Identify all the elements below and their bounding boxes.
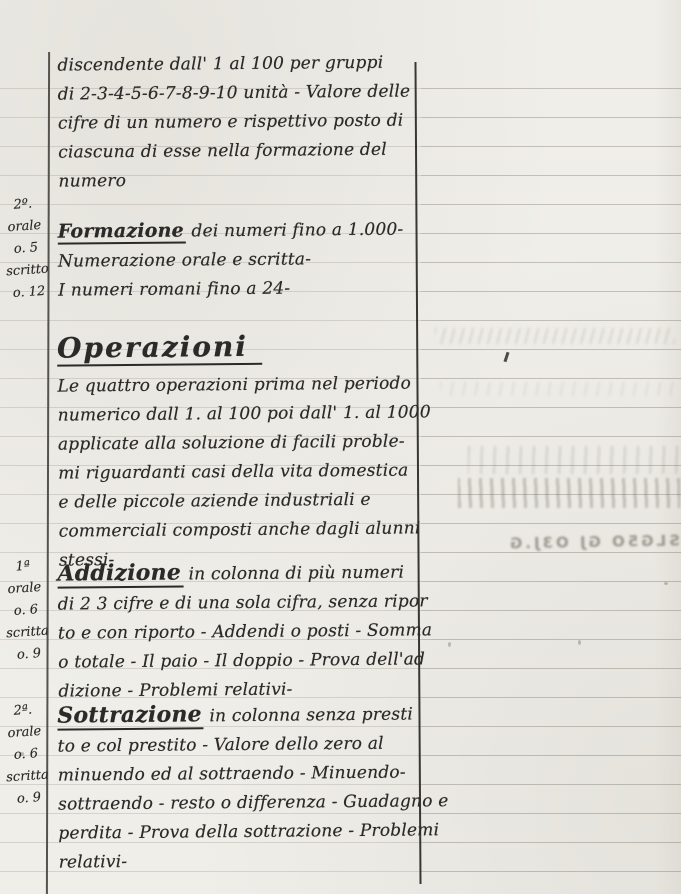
section-sottrazione: Sottrazione in colonna senza presti to e… — [57, 698, 419, 877]
ink-speck — [578, 640, 581, 645]
margin-note-line: scritta — [5, 620, 50, 645]
handwritten-line: discendente dall' 1 al 100 per gruppi — [57, 48, 417, 80]
section-heading-addizione: Addizione — [57, 559, 183, 588]
handwritten-line: di 2-3-4-5-6-7-8-9-10 unità - Valore del… — [58, 77, 418, 109]
margin-note-line: 2º. — [0, 193, 45, 218]
bleed-through-strokes — [458, 478, 680, 508]
section-operazioni: Operazioni Le quattro operazioni prima n… — [57, 328, 419, 575]
margin-note-line: scritta — [5, 764, 50, 789]
handwritten-line: ciascuna di esse nella formazione del — [58, 135, 418, 167]
margin-note-addizione: 1ª orale o. 6 scritta o. 9 — [0, 555, 52, 668]
margin-note-line: orale — [2, 721, 47, 746]
margin-note-line: orale — [2, 577, 47, 602]
handwritten-line: minuendo ed al sottraendo - Minuendo- — [58, 758, 418, 790]
ink-speck — [664, 582, 668, 585]
section-addizione: Addizione in colonna di più numeri di 2 … — [57, 556, 418, 706]
section-heading-sottrazione: Sottrazione — [57, 701, 204, 730]
handwritten-line: Formazione dei numeri fino a 1.000- — [58, 214, 418, 247]
mirrored-bleed-through-text: SLG5O GJ O3J.G — [505, 531, 680, 560]
handwritten-line: cifre di un numero e rispettivo posto di — [58, 106, 418, 138]
handwritten-line: perdita - Prova della sottrazione - Prob… — [58, 816, 418, 848]
handwritten-text: in colonna di più numeri — [183, 563, 404, 585]
bleed-through-scribble — [435, 328, 675, 344]
ink-speck — [448, 642, 451, 647]
handwritten-line: to e con riporto - Addendi o posti - Som… — [58, 616, 418, 648]
margin-note-sottrazione: 2ª. orale o. 6 scritta o. 9 — [0, 699, 52, 812]
margin-note-line: o. 12 — [6, 280, 51, 305]
scanned-register-page: SLG5O GJ O3J.G 2º. orale o. 5 scritto o.… — [0, 0, 681, 894]
margin-note-line: o. 6 — [3, 598, 48, 623]
handwritten-line: numero — [58, 164, 418, 196]
handwritten-line: numerico dall 1. al 100 poi dall' 1. al … — [58, 398, 418, 430]
handwritten-line: di 2 3 cifre e di una sola cifra, senza … — [58, 587, 418, 619]
handwritten-line: o totale - Il paio - Il doppio - Prova d… — [58, 645, 418, 677]
handwritten-line: applicate alla soluzione di facili probl… — [58, 427, 418, 459]
bleed-through-scribble — [440, 382, 675, 396]
margin-note-line: o. 9 — [6, 642, 51, 667]
handwritten-line: Numerazione orale e scritta- — [58, 244, 418, 276]
handwritten-line: relativi- — [59, 845, 419, 877]
margin-note-line: o. 5 — [3, 236, 48, 261]
handwritten-line: Sottrazione in colonna senza presti — [57, 698, 417, 732]
paragraph-operazioni: Le quattro operazioni prima nel periodo … — [57, 369, 419, 575]
paragraph-intro: discendente dall' 1 al 100 per gruppi di… — [57, 48, 418, 196]
margin-note-line: orale — [2, 215, 47, 240]
handwritten-line: I numeri romani fino a 24- — [58, 273, 418, 305]
handwritten-line: to e col prestito - Valore dello zero al — [58, 729, 418, 761]
margin-note-line: o. 9 — [6, 786, 51, 811]
handwritten-line: sottraendo - resto o differenza - Guadag… — [58, 787, 418, 819]
handwritten-line: Le quattro operazioni prima nel periodo — [57, 369, 417, 401]
margin-note-formazione: 2º. orale o. 5 scritto o. 12 — [0, 193, 52, 306]
handwritten-line: Addizione in colonna di più numeri — [57, 556, 417, 590]
margin-note-line: scritto — [5, 258, 50, 283]
handwritten-text: in colonna senza presti — [204, 704, 413, 726]
section-heading-formazione: Formazione — [58, 219, 186, 244]
margin-note-line: 2ª. — [0, 699, 45, 724]
margin-note-line: 1ª — [0, 555, 45, 580]
section-formazione: Formazione dei numeri fino a 1.000- Nume… — [58, 214, 419, 305]
ink-speck — [504, 352, 510, 362]
handwritten-text: dei numeri fino a 1.000- — [186, 220, 404, 242]
handwritten-line: mi riguardanti casi della vita domestica — [58, 456, 418, 488]
handwritten-line: commerciali composti anche dagli alunni — [59, 514, 419, 546]
bleed-through-strokes — [468, 446, 678, 474]
handwritten-line: e delle piccole aziende industriali e — [58, 485, 418, 517]
margin-note-line: o. 6 — [3, 742, 48, 767]
section-heading-operazioni: Operazioni — [57, 330, 262, 367]
